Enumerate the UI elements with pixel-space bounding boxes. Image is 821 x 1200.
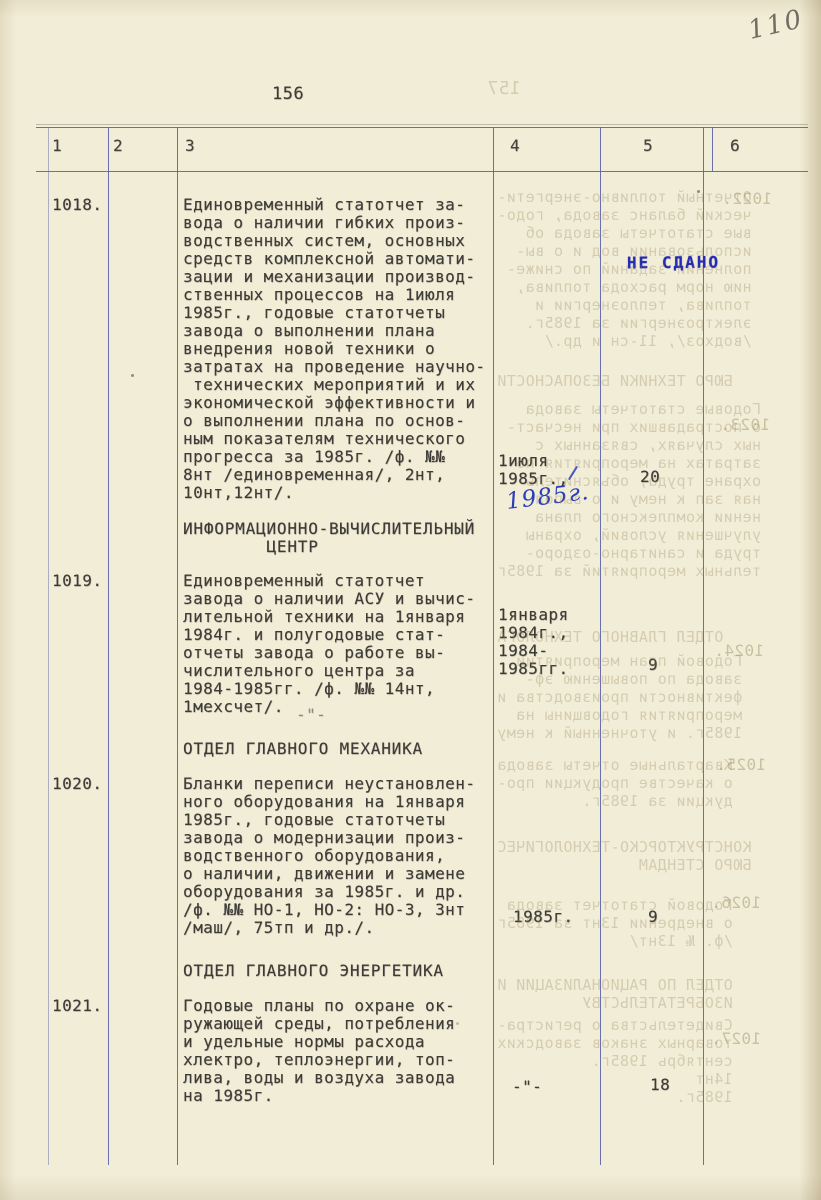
ghost-bleedthrough-text: Годовой план мероприятий завода по повыш… xyxy=(497,652,742,742)
column-header-3: 3 xyxy=(185,137,195,155)
entry-description-1020: Бланки переписи неустановлен- ного обору… xyxy=(183,775,475,937)
entry-description-1021: Годовые планы по охране ок- ружающей сре… xyxy=(183,997,455,1105)
ghost-bleedthrough-text: КОНСТРУКТОРСКО-ТЕХНОЛОГИЧЕС БЮРО СТЕНДАМ xyxy=(497,838,752,874)
table-top-rule xyxy=(36,127,808,128)
ditto-mark: -"- xyxy=(296,706,326,724)
ghost-bleedthrough-text: ОТДЕЛ ГЛАВНОГО ТЕХНОЛОГА xyxy=(497,628,723,646)
column-header-4: 4 xyxy=(510,137,520,155)
entry-number-1020: 1020. xyxy=(52,775,102,793)
ghost-margin-entry-number: 1027. xyxy=(711,1030,761,1048)
ghost-margin-entry-number: 1026. xyxy=(711,894,761,912)
ghost-bleedthrough-text: Свидетельства о регистра- товарных знако… xyxy=(497,1016,733,1106)
handwritten-folio-number: 110 xyxy=(745,4,806,46)
table-header-rule xyxy=(36,171,808,172)
ghost-bleedthrough-text: ОТДЕЛ ПО РАЦИОНАЛИЗАЦИИ И ИЗОБРЕТАТЕЛЬСТ… xyxy=(497,976,733,1012)
entry-description-1019: Единовременный статотчет завода о наличи… xyxy=(183,572,475,716)
scanned-archive-inventory-page: 110 156 1 2 3 4 5 6 1018. Единовременный… xyxy=(0,0,821,1200)
section-header-ivc: ИНФОРМАЦИОННО-ВЫЧИСЛИТЕЛЬНЫЙ ЦЕНТР xyxy=(183,520,475,556)
paper-speck xyxy=(131,374,134,377)
table-top-rule-shadow xyxy=(36,124,808,125)
section-header-energy: ОТДЕЛ ГЛАВНОГО ЭНЕРГЕТИКА xyxy=(183,962,444,980)
column-header-5: 5 xyxy=(643,137,653,155)
ghost-bleedthrough-text: 157 xyxy=(487,80,521,98)
ghost-margin-entry-number: 1024. xyxy=(714,642,764,660)
entry-number-1019: 1019. xyxy=(52,572,102,590)
ghost-bleedthrough-text: Квартальные отчеты завода о качестве про… xyxy=(497,756,733,810)
entry-number-1018: 1018. xyxy=(52,196,102,214)
entry-description-1018: Единовременный статотчет за- вода о нали… xyxy=(183,196,485,502)
section-header-mechanic: ОТДЕЛ ГЛАВНОГО МЕХАНИКА xyxy=(183,740,423,758)
table-column-line-2 xyxy=(177,127,178,1165)
ghost-bleedthrough-text: Годовой статотчет завода о внедрении 13н… xyxy=(497,896,733,950)
table-column-line-3 xyxy=(493,127,494,1165)
ghost-bleedthrough-text: БЮРО ТЕХНИКИ БЕЗОПАСНОСТИ xyxy=(497,372,733,390)
table-column-line-6-header xyxy=(712,127,713,171)
column-header-2: 2 xyxy=(113,137,123,155)
ghost-bleedthrough-text: Отчетный топливно-энергети- ческий балан… xyxy=(497,188,752,350)
ghost-margin-entry-number: 1023. xyxy=(720,416,770,434)
column-header-1: 1 xyxy=(52,137,62,155)
column-header-6: 6 xyxy=(730,137,740,155)
table-column-line-1 xyxy=(108,127,109,1165)
ghost-margin-entry-number: 1025. xyxy=(716,756,766,774)
page-number: 156 xyxy=(272,85,304,103)
ghost-margin-entry-number: 1022. xyxy=(722,190,772,208)
entry-number-1021: 1021. xyxy=(52,997,102,1015)
paper-speck xyxy=(456,1022,459,1025)
table-left-border xyxy=(48,127,49,1165)
